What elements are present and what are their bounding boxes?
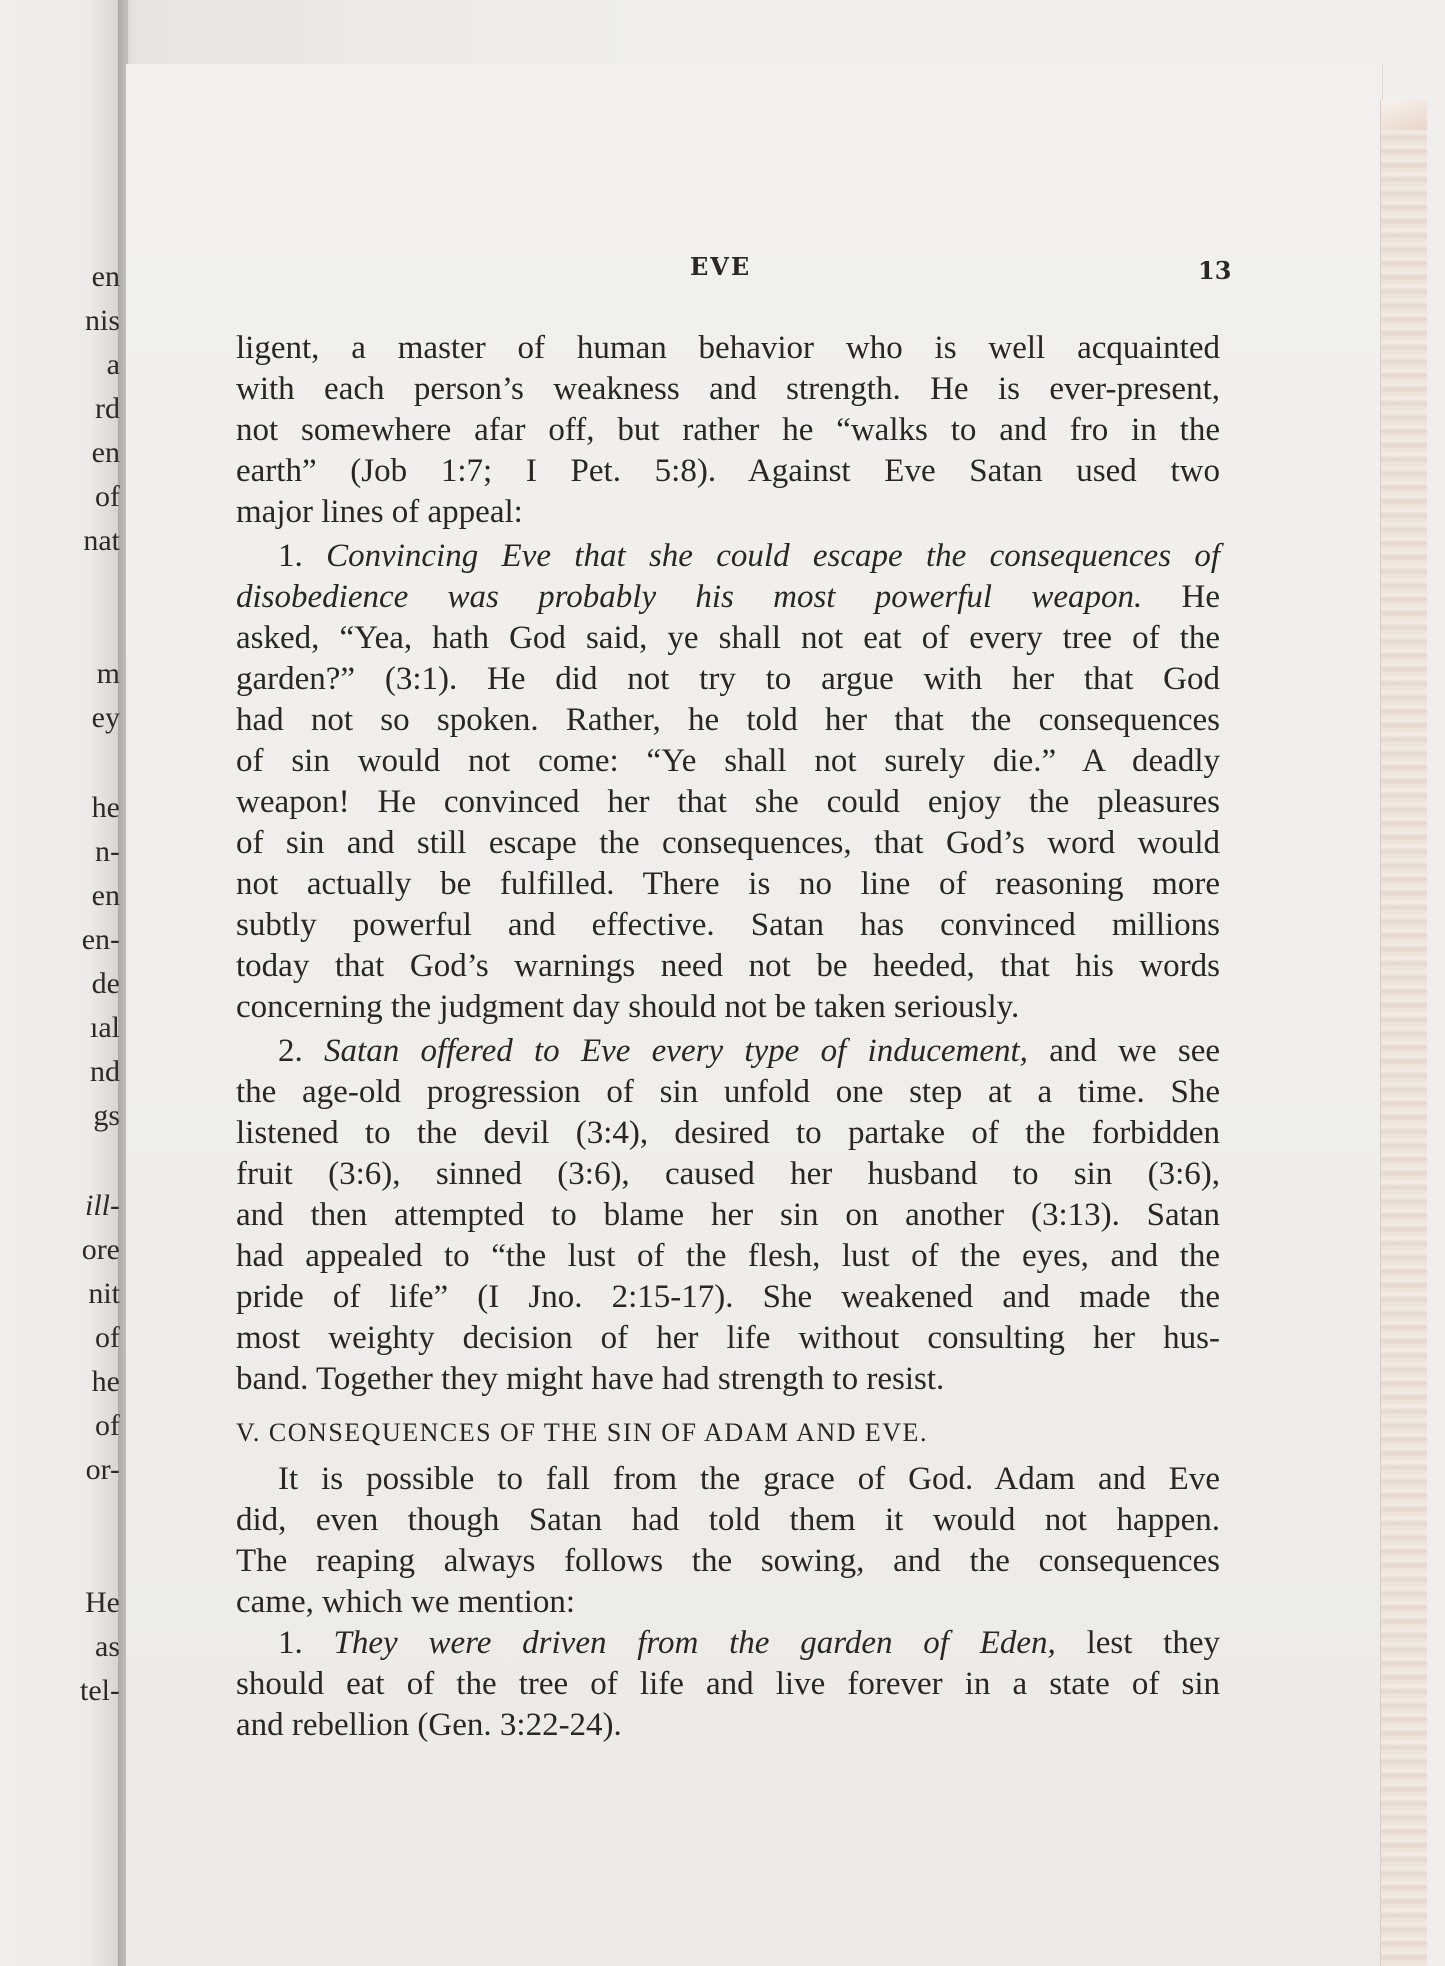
paragraph-intro: ligent, a master of human behavior who i…: [236, 328, 1220, 533]
left-page-line-fragment: ıal: [0, 1013, 120, 1043]
point-number: 1.: [278, 1625, 303, 1661]
left-page-line-fragment: nd: [0, 1057, 120, 1087]
text-line: 1. They were driven from the garden of E…: [236, 1623, 1220, 1664]
text-line: with each person’s weakness and strength…: [236, 369, 1220, 410]
section-heading: V. CONSEQUENCES OF THE SIN OF ADAM AND E…: [236, 1412, 1220, 1453]
text-line: The reaping always follows the sowing, a…: [236, 1541, 1220, 1582]
left-page-line-fragment: en-: [0, 925, 120, 955]
left-page-line-fragment: He: [0, 1588, 120, 1618]
numbered-point-1: 1. Convincing Eve that she could escape …: [236, 536, 1220, 1028]
text-line: most weighty decision of her life withou…: [236, 1318, 1220, 1359]
text-line: band. Together they might have had stren…: [236, 1359, 1220, 1400]
text-line: came, which we mention:: [236, 1582, 1220, 1623]
left-page-line-fragment: or-: [0, 1455, 120, 1485]
left-page-line-fragment: ore: [0, 1235, 120, 1265]
text-line: major lines of appeal:: [236, 492, 1220, 533]
lead-rest: and we see: [1028, 1033, 1220, 1069]
text-line: had appealed to “the lust of the flesh, …: [236, 1236, 1220, 1277]
left-page-line-fragment: ill-: [0, 1191, 120, 1221]
text-line: weapon! He convinced her that she could …: [236, 782, 1220, 823]
left-page-line-fragment: en: [0, 438, 120, 468]
left-page-line-fragment: a: [0, 350, 120, 380]
page-number: 13: [1198, 256, 1231, 285]
italic-lead: Satan offered to Eve every type of induc…: [324, 1033, 1028, 1069]
left-page-line-fragment: nis: [0, 306, 120, 336]
text-line: subtly powerful and effective. Satan has…: [236, 905, 1220, 946]
lead-rest: lest they: [1056, 1625, 1220, 1661]
text-line: earth” (Job 1:7; I Pet. 5:8). Against Ev…: [236, 451, 1220, 492]
running-head: EVE: [690, 252, 751, 281]
left-page-line-fragment: m: [0, 659, 120, 689]
text-line: did, even though Satan had told them it …: [236, 1500, 1220, 1541]
left-page-line-fragment: of: [0, 1411, 120, 1441]
text-line: asked, “Yea, hath God said, ye shall not…: [236, 618, 1220, 659]
text-line: 2. Satan offered to Eve every type of in…: [236, 1031, 1220, 1072]
left-page-line-fragment: tel-: [0, 1676, 120, 1706]
left-page-line-fragment: of: [0, 1323, 120, 1353]
point-number: 2.: [278, 1033, 303, 1069]
text-line: ligent, a master of human behavior who i…: [236, 328, 1220, 369]
italic-lead: disobedience was probably his most power…: [236, 579, 1142, 615]
left-page-line-fragment: of: [0, 482, 120, 512]
left-page-line-fragment: rd: [0, 394, 120, 424]
text-line: disobedience was probably his most power…: [236, 577, 1220, 618]
text-line: should eat of the tree of life and live …: [236, 1664, 1220, 1705]
text-line: fruit (3:6), sinned (3:6), caused her hu…: [236, 1154, 1220, 1195]
left-page-line-fragment: gs: [0, 1101, 120, 1131]
text-line: listened to the devil (3:4), desired to …: [236, 1113, 1220, 1154]
left-page-line-fragment: he: [0, 1367, 120, 1397]
text-line: not actually be fulfilled. There is no l…: [236, 864, 1220, 905]
text-line: It is possible to fall from the grace of…: [236, 1459, 1220, 1500]
italic-lead: They were driven from the garden of Eden…: [334, 1625, 1056, 1661]
text-line: garden?” (3:1). He did not try to argue …: [236, 659, 1220, 700]
text-line: not somewhere afar off, but rather he “w…: [236, 410, 1220, 451]
numbered-point-2: 2. Satan offered to Eve every type of in…: [236, 1031, 1220, 1400]
left-page-line-fragment: nat: [0, 526, 120, 556]
text-line: and then attempted to blame her sin on a…: [236, 1195, 1220, 1236]
left-page: ennisardenofnatmeyhen-enen-deıalndgsill-…: [0, 0, 128, 1966]
point-number: 1.: [278, 538, 303, 574]
text-line: and rebellion (Gen. 3:22-24).: [236, 1705, 1220, 1746]
left-page-line-fragment: en: [0, 881, 120, 911]
text-line: of sin would not come: “Ye shall not sur…: [236, 741, 1220, 782]
body-text: ligent, a master of human behavior who i…: [236, 328, 1220, 1746]
text-line: 1. Convincing Eve that she could escape …: [236, 536, 1220, 577]
lead-rest: He: [1142, 579, 1220, 615]
left-page-line-fragment: n-: [0, 837, 120, 867]
text-line: concerning the judgment day should not b…: [236, 987, 1220, 1028]
left-page-line-fragment: nit: [0, 1279, 120, 1309]
italic-lead: Convincing Eve that she could escape the…: [326, 538, 1220, 574]
text-line: today that God’s warnings need not be he…: [236, 946, 1220, 987]
left-page-line-fragment: ey: [0, 703, 120, 733]
left-page-line-fragment: en: [0, 262, 120, 292]
text-line: had not so spoken. Rather, he told her t…: [236, 700, 1220, 741]
section-paragraph: It is possible to fall from the grace of…: [236, 1459, 1220, 1623]
left-page-line-fragment: de: [0, 969, 120, 999]
text-line: pride of life” (I Jno. 2:15-17). She wea…: [236, 1277, 1220, 1318]
left-page-line-fragment: as: [0, 1632, 120, 1662]
text-line: the age-old progression of sin unfold on…: [236, 1072, 1220, 1113]
page-edges: [1380, 100, 1427, 1966]
text-line: of sin and still escape the consequences…: [236, 823, 1220, 864]
section-point-1: 1. They were driven from the garden of E…: [236, 1623, 1220, 1746]
left-page-line-fragment: he: [0, 793, 120, 823]
